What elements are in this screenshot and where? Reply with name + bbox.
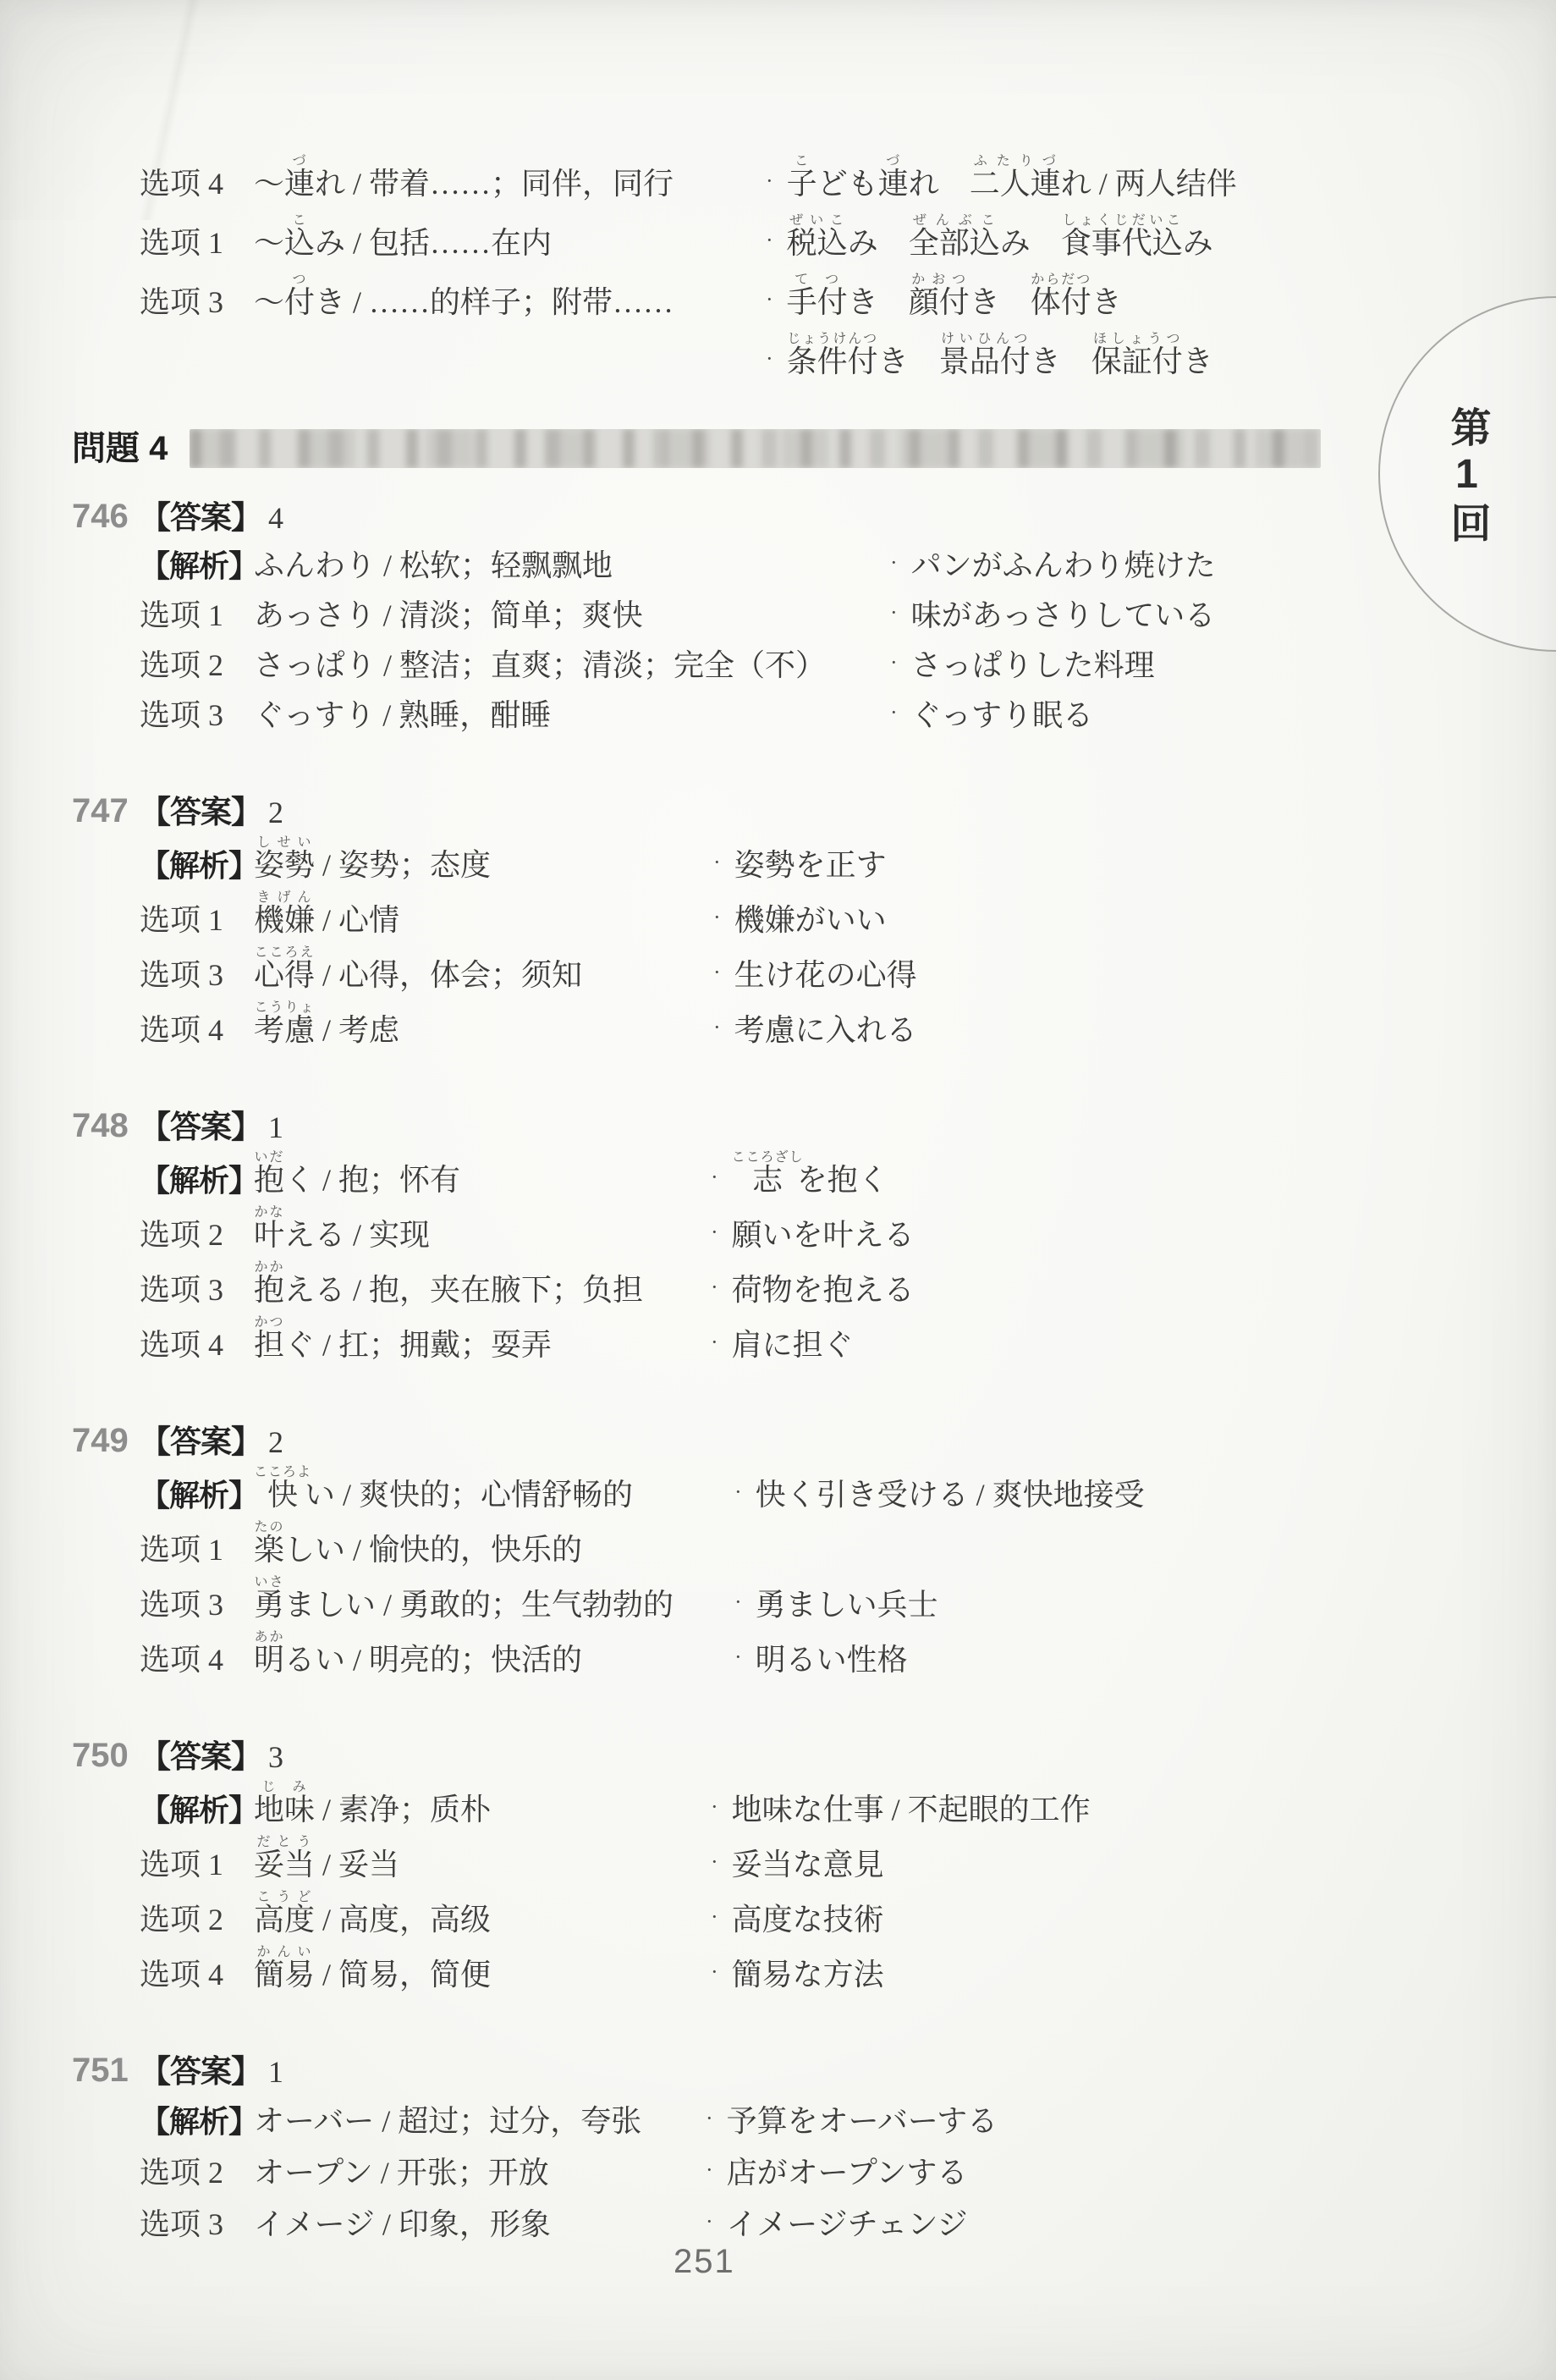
option-row: 选项 1 楽たのしい / 愉快的，快乐的 bbox=[72, 1512, 1402, 1567]
option-label: 选项 4 bbox=[72, 1013, 254, 1048]
example-text: 機嫌がいい bbox=[734, 903, 887, 937]
example: ·荷物を抱える bbox=[711, 1273, 1402, 1308]
answer-label: 【答案】 bbox=[140, 1741, 261, 1772]
option-row: 选项 2 さっぱり / 整洁；直爽；清淡；完全（不） ·さっぱりした料理 bbox=[72, 633, 1402, 683]
word-definition: さっぱり / 整洁；直爽；清淡；完全（不） bbox=[254, 648, 890, 683]
question-number: 751 bbox=[72, 2053, 140, 2087]
example-text: 生け花の心得 bbox=[734, 958, 917, 992]
example: ·願いを叶える bbox=[711, 1218, 1402, 1253]
example: ·機嫌がいい bbox=[713, 903, 1402, 938]
word-definition: 勇いさましい / 勇敢的；生气勃勃的 bbox=[254, 1575, 734, 1622]
kaiseki-label: 【解析】 bbox=[72, 2104, 254, 2139]
word-definition: 担かつぐ / 扛；拥戴；耍弄 bbox=[254, 1315, 711, 1363]
option-label: 选项 3 bbox=[72, 698, 254, 733]
word-definition: ぐっすり / 熟睡，酣睡 bbox=[254, 698, 890, 733]
example: ·イメージチェンジ bbox=[706, 2207, 1402, 2242]
example-text: 勇ましい兵士 bbox=[756, 1588, 938, 1622]
answer-section: 749 【答案】 2 【解析】 快こころよい / 爽快的；心情舒畅的 ·快く引き… bbox=[72, 1407, 1402, 1678]
answer-label: 【答案】 bbox=[140, 502, 261, 533]
option-row: 选项 4 簡易かんい / 简易，简便 ·簡易な方法 bbox=[72, 1937, 1402, 1992]
option-label: 选项 2 bbox=[72, 1903, 254, 1937]
word-definition: あっさり / 清淡；简单；爽快 bbox=[254, 598, 890, 633]
kaiseki-label: 【解析】 bbox=[72, 848, 254, 883]
word-definition: 高度こうど / 高度，高级 bbox=[254, 1890, 711, 1937]
answer-value: 4 bbox=[268, 503, 283, 533]
question-number: 748 bbox=[72, 1109, 140, 1143]
option-label: 选项 4 bbox=[72, 1958, 254, 1992]
kaiseki-label: 【解析】 bbox=[72, 1163, 254, 1198]
answer-line: 750 【答案】 3 bbox=[72, 1722, 1402, 1772]
answer-value: 1 bbox=[268, 1112, 283, 1143]
kaiseki-label: 【解析】 bbox=[72, 1478, 254, 1512]
option-label: 选项 2 bbox=[72, 648, 254, 683]
bullet-icon: · bbox=[766, 168, 773, 194]
option-label: 选项 3 bbox=[72, 958, 254, 993]
bullet-icon: · bbox=[713, 1015, 721, 1040]
bullet-icon: · bbox=[706, 2106, 713, 2131]
example-text: 荷物を抱える bbox=[732, 1273, 915, 1307]
word-definition: イメージ / 印象，形象 bbox=[254, 2207, 706, 2242]
bullet-icon: · bbox=[734, 1479, 742, 1505]
word-definition: オープン / 开张；开放 bbox=[254, 2156, 706, 2190]
example: ·妥当な意見 bbox=[711, 1848, 1402, 1882]
option-label: 选项 3 bbox=[72, 1588, 254, 1622]
answer-line: 746 【答案】 4 bbox=[72, 482, 1402, 533]
option-label: 选项 3 bbox=[72, 2207, 254, 2242]
bullet-icon: · bbox=[711, 1330, 718, 1355]
option-label: 选项 1 bbox=[72, 1533, 254, 1567]
option-row: 选项 3 イメージ / 印象，形象 ·イメージチェンジ bbox=[72, 2190, 1402, 2242]
example: ·予算をオーバーする bbox=[706, 2104, 1402, 2139]
option-row: 选项 1 機嫌きげん / 心情 ·機嫌がいい bbox=[72, 883, 1402, 938]
example-text: 税込ぜいこみ 全部込ぜんぶこみ 食事代込しょくじだいこみ bbox=[787, 226, 1213, 260]
word-definition: 考慮こうりょ / 考虑 bbox=[254, 1000, 713, 1048]
question-number: 749 bbox=[72, 1424, 140, 1457]
side-tab-label: 第1回 bbox=[1438, 406, 1496, 548]
example-text: 手付てつき 顔付かおつき 体付からだつき bbox=[787, 285, 1122, 319]
word-definition: 簡易かんい / 简易，简便 bbox=[254, 1945, 711, 1992]
bullet-icon: · bbox=[713, 905, 721, 930]
question-number: 747 bbox=[72, 794, 140, 828]
answer-line: 751 【答案】 1 bbox=[72, 2036, 1402, 2087]
example-text: 味があっさりしている bbox=[911, 598, 1216, 632]
example-text: 願いを叶える bbox=[732, 1218, 915, 1252]
bullet-icon: · bbox=[711, 1275, 718, 1300]
example-text: 子こども連づれ 二人連ふたりづれ / 两人结伴 bbox=[787, 167, 1237, 201]
bullet-icon: · bbox=[734, 1645, 742, 1670]
word-definition: ～付つき / ……的样子；附带…… bbox=[254, 273, 766, 320]
answer-section: 748 【答案】 1 【解析】 抱いだく / 抱；怀有 ·志こころざしを抱く 选… bbox=[72, 1092, 1402, 1363]
answer-label: 【答案】 bbox=[140, 2056, 261, 2087]
option-row: ·条件付じょうけんつき 景品付けいひんつき 保証付ほしょうつき bbox=[72, 320, 1402, 379]
option-label: 选项 1 bbox=[72, 598, 254, 633]
kaiseki-row: 【解析】 地味じみ / 素净；质朴 ·地味な仕事 / 不起眼的工作 bbox=[72, 1772, 1402, 1827]
example: ·ぐっすり眠る bbox=[890, 698, 1402, 733]
example: ·パンがふんわり焼けた bbox=[890, 548, 1402, 583]
word-definition: 抱かかえる / 抱，夹在腋下；负担 bbox=[254, 1260, 711, 1308]
option-row: 选项 4 考慮こうりょ / 考虑 ·考慮に入れる bbox=[72, 993, 1402, 1048]
answer-value: 2 bbox=[268, 797, 283, 828]
kaiseki-label: 【解析】 bbox=[72, 1793, 254, 1827]
bullet-icon: · bbox=[766, 346, 773, 372]
option-label: 选项 1 bbox=[72, 1848, 254, 1882]
option-label: 选项 3 bbox=[72, 1273, 254, 1308]
word-definition: ～込こみ / 包括……在内 bbox=[254, 213, 766, 261]
answer-label: 【答案】 bbox=[140, 796, 261, 828]
example-text: 予算をオーバーする bbox=[727, 2104, 998, 2138]
answer-label: 【答案】 bbox=[140, 1426, 261, 1457]
word-definition: ～連づれ / 带着……；同伴，同行 bbox=[254, 154, 766, 201]
word-definition: 心得こころえ / 心得，体会；须知 bbox=[254, 945, 713, 993]
word-definition: 楽たのしい / 愉快的，快乐的 bbox=[254, 1520, 734, 1567]
example-text: 明るい性格 bbox=[756, 1643, 908, 1677]
example: ·志こころざしを抱く bbox=[711, 1150, 1402, 1198]
kaiseki-row: 【解析】 抱いだく / 抱；怀有 ·志こころざしを抱く bbox=[72, 1143, 1402, 1198]
example: ·店がオープンする bbox=[706, 2156, 1402, 2190]
example-text: 条件付じょうけんつき 景品付けいひんつき 保証付ほしょうつき bbox=[787, 344, 1213, 378]
question-number: 750 bbox=[72, 1738, 140, 1772]
bullet-icon: · bbox=[711, 1794, 718, 1820]
example-text: 肩に担ぐ bbox=[732, 1328, 854, 1362]
example: ·税込ぜいこみ 全部込ぜんぶこみ 食事代込しょくじだいこみ bbox=[766, 213, 1402, 261]
question-number: 746 bbox=[72, 499, 140, 533]
answer-section: 750 【答案】 3 【解析】 地味じみ / 素净；质朴 ·地味な仕事 / 不起… bbox=[72, 1722, 1402, 1992]
option-label: 选项 1 bbox=[72, 226, 254, 261]
word-definition: オーバー / 超过；过分，夸张 bbox=[254, 2104, 706, 2139]
bullet-icon: · bbox=[711, 1165, 718, 1190]
word-definition: 姿勢しせい / 姿势；态度 bbox=[254, 835, 713, 883]
example-text: 高度な技術 bbox=[732, 1903, 884, 1937]
option-row: 选项 3 勇いさましい / 勇敢的；生气勃勃的 ·勇ましい兵士 bbox=[72, 1567, 1402, 1622]
option-row: 选项 2 高度こうど / 高度，高级 ·高度な技術 bbox=[72, 1882, 1402, 1937]
option-label: 选项 2 bbox=[72, 1218, 254, 1253]
example: ·味があっさりしている bbox=[890, 598, 1402, 633]
example: ·簡易な方法 bbox=[711, 1958, 1402, 1992]
option-label: 选项 3 bbox=[72, 285, 254, 320]
example-text: 快く引き受ける / 爽快地接受 bbox=[756, 1478, 1145, 1512]
top-continuation-section: 选项 4 ～連づれ / 带着……；同伴，同行 ·子こども連づれ 二人連ふたりづれ… bbox=[72, 142, 1402, 379]
bullet-icon: · bbox=[711, 1904, 718, 1930]
option-row: 选项 2 オープン / 开张；开放 ·店がオープンする bbox=[72, 2139, 1402, 2190]
option-row: 选项 3 心得こころえ / 心得，体会；须知 ·生け花の心得 bbox=[72, 938, 1402, 993]
option-label: 选项 1 bbox=[72, 903, 254, 938]
answer-line: 748 【答案】 1 bbox=[72, 1092, 1402, 1143]
option-row: 选项 3 抱かかえる / 抱，夹在腋下；负担 ·荷物を抱える bbox=[72, 1253, 1402, 1308]
option-row: 选项 1 妥当だとう / 妥当 ·妥当な意見 bbox=[72, 1827, 1402, 1882]
example: ·明るい性格 bbox=[734, 1643, 1402, 1678]
answer-section: 751 【答案】 1 【解析】 オーバー / 超过；过分，夸张 ·予算をオーバー… bbox=[72, 2036, 1402, 2242]
example: ·手付てつき 顔付かおつき 体付からだつき bbox=[766, 273, 1402, 320]
answer-line: 749 【答案】 2 bbox=[72, 1407, 1402, 1457]
option-row: 选项 4 ～連づれ / 带着……；同伴，同行 ·子こども連づれ 二人連ふたりづれ… bbox=[72, 142, 1402, 201]
example-text: 志こころざしを抱く bbox=[732, 1163, 888, 1197]
answer-value: 3 bbox=[268, 1742, 283, 1772]
kaiseki-row: 【解析】 快こころよい / 爽快的；心情舒畅的 ·快く引き受ける / 爽快地接受 bbox=[72, 1457, 1402, 1512]
example-text: ぐっすり眠る bbox=[911, 698, 1093, 732]
word-definition: 明あかるい / 明亮的；快活的 bbox=[254, 1630, 734, 1678]
example-text: パンがふんわり焼けた bbox=[911, 548, 1216, 582]
problem-title: 問題 4 bbox=[72, 429, 168, 468]
example-text: 地味な仕事 / 不起眼的工作 bbox=[732, 1793, 1091, 1826]
example bbox=[734, 1533, 1402, 1567]
answer-value: 1 bbox=[268, 2057, 283, 2087]
bullet-icon: · bbox=[766, 287, 773, 312]
option-label: 选项 4 bbox=[72, 1328, 254, 1363]
bullet-icon: · bbox=[711, 1959, 718, 1985]
kaiseki-row: 【解析】 ふんわり / 松软；轻飘飘地 ·パンがふんわり焼けた bbox=[72, 533, 1402, 583]
bullet-icon: · bbox=[890, 600, 898, 625]
option-row: 选项 1 あっさり / 清淡；简单；爽快 ·味があっさりしている bbox=[72, 583, 1402, 633]
bullet-icon: · bbox=[711, 1220, 718, 1245]
bullet-icon: · bbox=[766, 228, 773, 253]
bullet-icon: · bbox=[734, 1589, 742, 1615]
example-text: 考慮に入れる bbox=[734, 1013, 917, 1047]
answer-section: 746 【答案】 4 【解析】 ふんわり / 松软；轻飘飘地 ·パンがふんわり焼… bbox=[72, 482, 1402, 733]
bullet-icon: · bbox=[713, 850, 721, 875]
word-definition: ふんわり / 松软；轻飘飘地 bbox=[254, 548, 890, 583]
example: ·勇ましい兵士 bbox=[734, 1588, 1402, 1622]
bullet-icon: · bbox=[890, 550, 898, 576]
example-text: 妥当な意見 bbox=[732, 1848, 884, 1881]
option-row: 选项 4 担かつぐ / 扛；拥戴；耍弄 ·肩に担ぐ bbox=[72, 1308, 1402, 1363]
option-row: 选项 3 ぐっすり / 熟睡，酣睡 ·ぐっすり眠る bbox=[72, 683, 1402, 733]
word-definition: 叶かなえる / 实现 bbox=[254, 1205, 711, 1253]
example: ·快く引き受ける / 爽快地接受 bbox=[734, 1478, 1402, 1512]
bullet-icon: · bbox=[713, 960, 721, 985]
example-text: 姿勢を正す bbox=[734, 848, 887, 882]
word-definition: 機嫌きげん / 心情 bbox=[254, 890, 713, 938]
word-definition: 抱いだく / 抱；怀有 bbox=[254, 1150, 711, 1198]
kaiseki-row: 【解析】 姿勢しせい / 姿势；态度 ·姿勢を正す bbox=[72, 828, 1402, 883]
option-label: 选项 4 bbox=[72, 1643, 254, 1678]
example-text: 店がオープンする bbox=[727, 2156, 968, 2190]
example: ·高度な技術 bbox=[711, 1903, 1402, 1937]
word-definition: 快こころよい / 爽快的；心情舒畅的 bbox=[254, 1465, 734, 1512]
example-text: イメージチェンジ bbox=[727, 2207, 968, 2241]
problem-header: 問題 4 bbox=[72, 427, 1402, 471]
example: ·考慮に入れる bbox=[713, 1013, 1402, 1048]
showthrough-smudge bbox=[190, 429, 1321, 468]
answer-line: 747 【答案】 2 bbox=[72, 777, 1402, 828]
page-number: 251 bbox=[674, 2243, 735, 2281]
bullet-icon: · bbox=[706, 2157, 713, 2183]
word-definition: 妥当だとう / 妥当 bbox=[254, 1835, 711, 1882]
bullet-icon: · bbox=[706, 2209, 713, 2234]
example: ·条件付じょうけんつき 景品付けいひんつき 保証付ほしょうつき bbox=[766, 332, 1402, 379]
option-row: 选项 2 叶かなえる / 实现 ·願いを叶える bbox=[72, 1198, 1402, 1253]
option-row: 选项 3 ～付つき / ……的样子；附带…… ·手付てつき 顔付かおつき 体付か… bbox=[72, 261, 1402, 320]
bullet-icon: · bbox=[711, 1849, 718, 1875]
book-page: 选项 4 ～連づれ / 带着……；同伴，同行 ·子こども連づれ 二人連ふたりづれ… bbox=[72, 142, 1402, 2242]
answer-label: 【答案】 bbox=[140, 1111, 261, 1143]
example: ·地味な仕事 / 不起眼的工作 bbox=[711, 1793, 1402, 1827]
example: ·子こども連づれ 二人連ふたりづれ / 两人结伴 bbox=[766, 154, 1402, 201]
example: ·生け花の心得 bbox=[713, 958, 1402, 993]
example-text: 簡易な方法 bbox=[732, 1958, 884, 1992]
bullet-icon: · bbox=[890, 650, 898, 675]
option-row: 选项 1 ～込こみ / 包括……在内 ·税込ぜいこみ 全部込ぜんぶこみ 食事代込… bbox=[72, 201, 1402, 261]
example: ·姿勢を正す bbox=[713, 848, 1402, 883]
word-definition: 地味じみ / 素净；质朴 bbox=[254, 1780, 711, 1827]
example: ·肩に担ぐ bbox=[711, 1328, 1402, 1363]
answer-section: 747 【答案】 2 【解析】 姿勢しせい / 姿势；态度 ·姿勢を正す 选项 … bbox=[72, 777, 1402, 1048]
answer-value: 2 bbox=[268, 1427, 283, 1457]
option-row: 选项 4 明あかるい / 明亮的；快活的 ·明るい性格 bbox=[72, 1622, 1402, 1678]
option-label: 选项 4 bbox=[72, 167, 254, 201]
bullet-icon: · bbox=[890, 700, 898, 725]
showthrough-artifact bbox=[190, 429, 1321, 468]
example-text: さっぱりした料理 bbox=[911, 648, 1155, 682]
example: ·さっぱりした料理 bbox=[890, 648, 1402, 683]
kaiseki-label: 【解析】 bbox=[72, 548, 254, 583]
kaiseki-row: 【解析】 オーバー / 超过；过分，夸张 ·予算をオーバーする bbox=[72, 2087, 1402, 2139]
option-label: 选项 2 bbox=[72, 2156, 254, 2190]
